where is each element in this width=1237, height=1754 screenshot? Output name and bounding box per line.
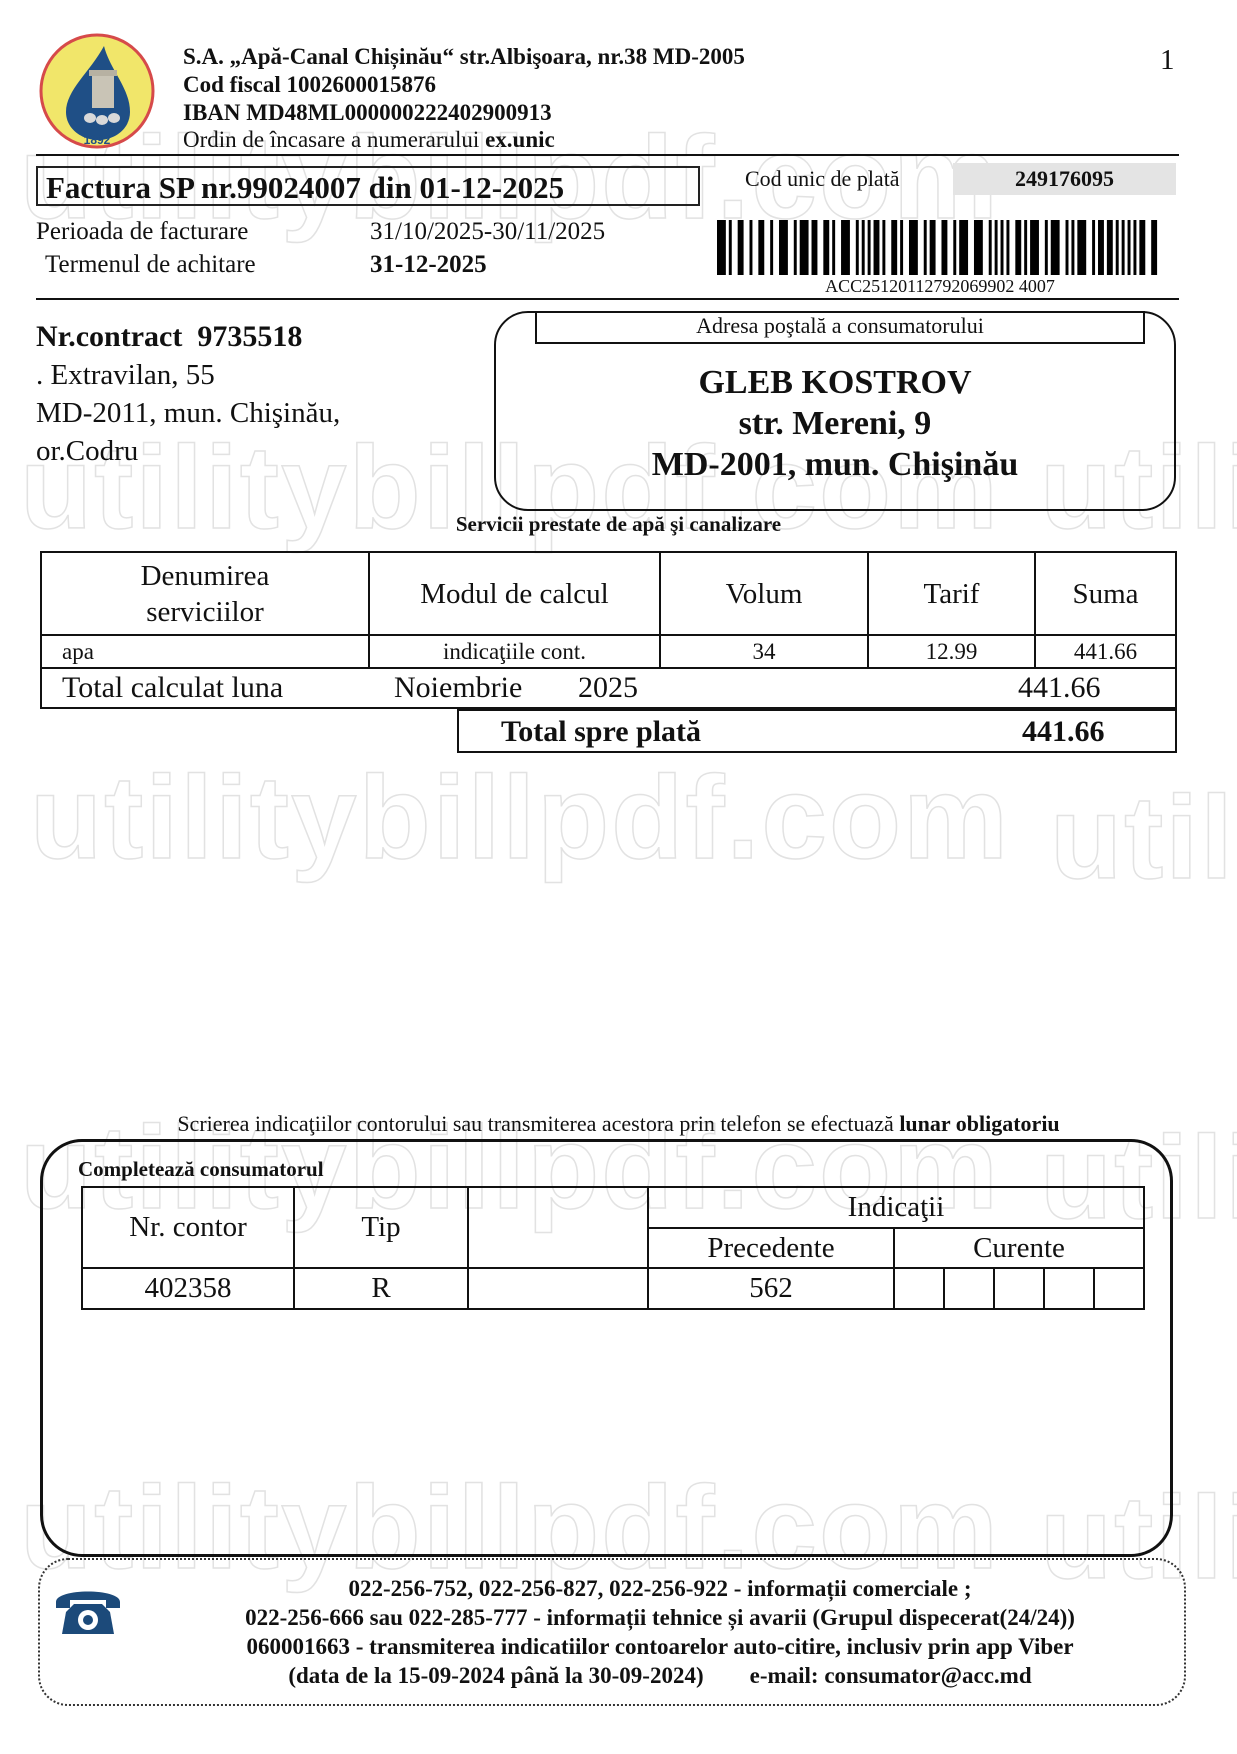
meter-reading-note: Scrierea indicaţiilor contorului sau tra… (0, 1111, 1237, 1137)
total-label: Total calculat luna (62, 671, 283, 705)
billing-period-value: 31/10/2025-30/11/2025 (370, 218, 605, 246)
contact-info: 022-256-752, 022-256-827, 022-256-922 - … (140, 1574, 1180, 1690)
consumer-street: str. Mereni, 9 (494, 403, 1176, 444)
svg-text:1892: 1892 (84, 133, 111, 147)
payment-order-type: ex.unic (485, 127, 555, 152)
meter-blank-cell (468, 1268, 648, 1309)
telephone-icon (52, 1582, 124, 1638)
meter-section-title: Completează consumatorul (78, 1157, 324, 1182)
table-row: 402358 R 562 (82, 1268, 1144, 1309)
previous-reading: 562 (648, 1268, 894, 1309)
total-amount: 441.66 (1018, 671, 1101, 705)
contact-line: (data de la 15-09-2024 până la 30-09-202… (140, 1661, 1180, 1690)
amount-due-row: Total spre plată 441.66 (457, 709, 1177, 753)
company-fiscal-code: Cod fiscal 1002600015876 (183, 71, 436, 98)
services-table: Denumirea serviciilor Modul de calcul Vo… (40, 551, 1177, 669)
due-date-label: Termenul de achitare (45, 251, 256, 279)
column-header: Denumirea serviciilor (41, 552, 369, 635)
current-reading-digit-input[interactable] (944, 1268, 994, 1309)
current-reading-digit-input[interactable] (1094, 1268, 1144, 1309)
service-amount: 441.66 (1035, 635, 1176, 668)
meter-blank-header (468, 1187, 648, 1268)
table-row: apa indicaţiile cont. 34 12.99 441.66 (41, 635, 1176, 668)
due-date-value: 31-12-2025 (370, 251, 487, 279)
payment-order-label: Ordin de încasare a numerarului (183, 127, 485, 152)
service-volume: 34 (660, 635, 868, 668)
total-year: 2025 (578, 671, 638, 705)
payment-order-note: Ordin de încasare a numerarului ex.unic (183, 126, 555, 153)
watermark: utilitybillpdf.com (1050, 770, 1237, 906)
unique-code-value: 249176095 (953, 163, 1176, 195)
monthly-total-row: Total calculat luna Noiembrie 2025 441.6… (40, 668, 1177, 709)
meter-number-header: Nr. contor (82, 1187, 294, 1268)
contract-number: Nr.contract 9735518 (36, 318, 340, 356)
current-reading-digit-input[interactable] (1044, 1268, 1094, 1309)
watermark: utilitybillpdf.com (30, 750, 1010, 886)
current-reading-header: Curente (894, 1228, 1144, 1268)
amount-due-label: Total spre plată (501, 715, 701, 749)
meter-number: 402358 (82, 1268, 294, 1309)
company-address: S.A. „Apă-Canal Chișinău“ str.Albişoara,… (183, 43, 745, 70)
column-header: Volum (660, 552, 868, 635)
amount-due-value: 441.66 (1022, 715, 1105, 749)
current-reading-digit-input[interactable] (894, 1268, 944, 1309)
meter-type-header: Tip (294, 1187, 468, 1268)
table-header: Denumirea serviciilor Modul de calcul Vo… (41, 552, 1176, 635)
contact-line: 022-256-752, 022-256-827, 022-256-922 - … (140, 1574, 1180, 1603)
barcode-text: ACC25120112792069902 4007 (717, 276, 1163, 297)
column-header: Modul de calcul (369, 552, 660, 635)
services-title: Servicii prestate de apă şi canalizare (0, 512, 1237, 537)
company-iban: IBAN MD48ML000000222402900913 (183, 99, 552, 126)
meter-table: Nr. contor Tip Indicaţii Precedente Cure… (81, 1186, 1145, 1310)
billing-period-label: Perioada de facturare (36, 218, 248, 246)
barcode (717, 220, 1163, 275)
unique-code-label: Cod unic de plată (745, 166, 900, 192)
service-method: indicaţiile cont. (369, 635, 660, 668)
service-name: apa (41, 635, 369, 668)
readings-header: Indicaţii (648, 1187, 1144, 1228)
previous-reading-header: Precedente (648, 1228, 894, 1268)
postal-address: GLEB KOSTROV str. Mereni, 9 MD-2001, mun… (494, 362, 1176, 485)
contract-address-line: MD-2011, mun. Chişinău, (36, 394, 340, 432)
contact-line: 022-256-666 sau 022-285-777 - informații… (140, 1603, 1180, 1632)
contract-address-line: or.Codru (36, 432, 340, 470)
total-month: Noiembrie (394, 671, 522, 705)
column-header: Tarif (868, 552, 1035, 635)
contact-line: 060001663 - transmiterea indicatiilor co… (140, 1632, 1180, 1661)
service-tariff: 12.99 (868, 635, 1035, 668)
page-number: 1 (1160, 44, 1175, 77)
postal-address-label: Adresa poştală a consumatorului (535, 311, 1145, 344)
consumer-name: GLEB KOSTROV (494, 362, 1176, 403)
contract-block: Nr.contract 9735518 . Extravilan, 55 MD-… (36, 318, 340, 470)
meter-type: R (294, 1268, 468, 1309)
contract-address-line: . Extravilan, 55 (36, 356, 340, 394)
company-logo: 1892 (38, 32, 156, 150)
divider (36, 154, 1179, 156)
divider (36, 298, 1179, 300)
consumer-city: MD-2001, mun. Chişinău (494, 444, 1176, 485)
current-reading-digit-input[interactable] (994, 1268, 1044, 1309)
invoice-title: Factura SP nr.99024007 din 01-12-2025 (36, 166, 700, 206)
column-header: Suma (1035, 552, 1176, 635)
